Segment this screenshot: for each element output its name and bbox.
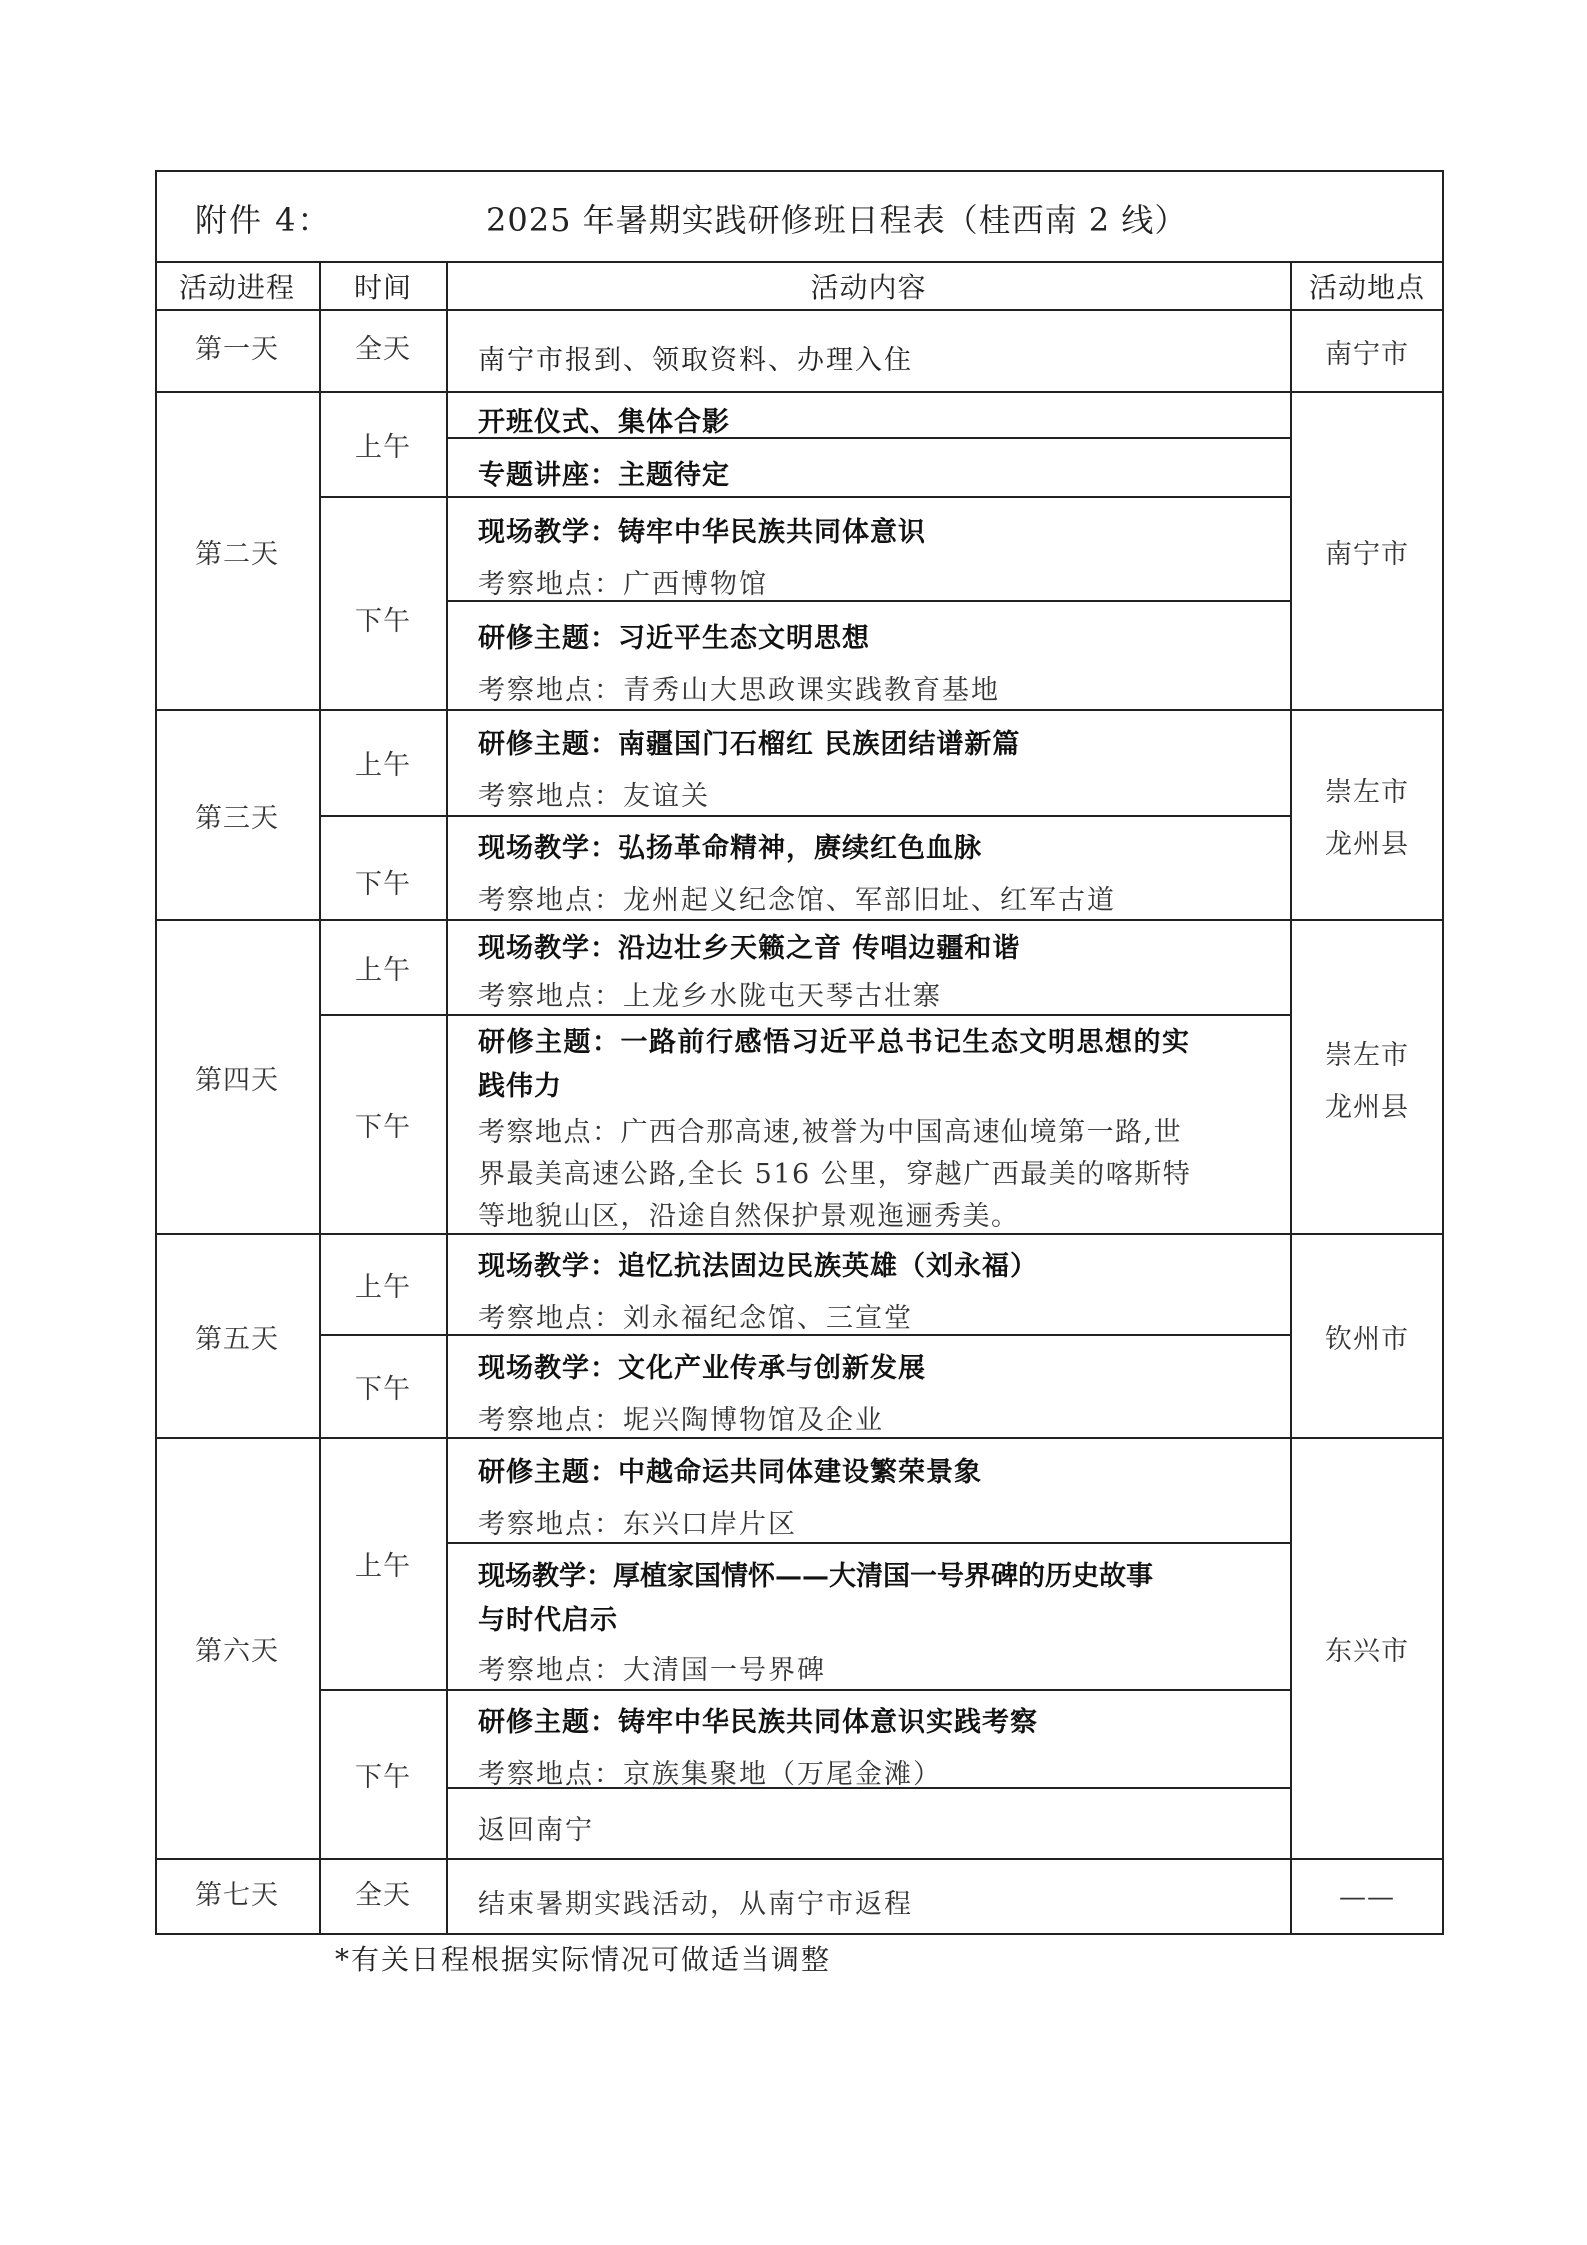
day-label: 第六天 [155,1438,319,1859]
activity-text: 结束暑期实践活动，从南宁市返程 [478,1882,913,1921]
activity-title: 研修主题：习近平生态文明思想 [478,616,870,655]
activity-title: 现场教学：追忆抗法固边民族英雄（刘永福） [478,1244,1038,1283]
location: 钦州市 [1291,1234,1443,1438]
activity-text: 南宁市报到、领取资料、办理入住 [478,338,913,377]
activity-title: 研修主题：中越命运共同体建设繁荣景象 [478,1450,982,1489]
time-slot: 下午 [320,1690,446,1859]
location: 南宁市 [1291,310,1443,392]
activity-site: 考察地点：京族集聚地（万尾金滩） [478,1752,942,1791]
activity-site: 考察地点：龙州起义纪念馆、军部旧址、红军古道 [478,878,1116,917]
day-label: 第二天 [155,392,319,710]
time-slot: 上午 [320,920,446,1014]
time-slot: 下午 [320,1335,446,1438]
activity-title: 现场教学：沿边壮乡天籁之音 传唱边疆和谐 [478,926,1020,965]
footnote: *有关日程根据实际情况可做适当调整 [335,1938,831,1978]
activity-site: 考察地点：大清国一号界碑 [478,1648,826,1687]
divider [319,496,1290,498]
column-header-location: 活动地点 [1291,262,1443,309]
time-slot: 全天 [320,1859,446,1925]
document-page: 附件 4： 2025 年暑期实践研修班日程表（桂西南 2 线） 活动进程 时间 … [0,0,1587,2245]
location: 东兴市 [1291,1438,1443,1859]
activity-site-line: 等地貌山区，沿途自然保护景观迤逦秀美。 [478,1194,1020,1233]
time-slot: 上午 [320,710,446,815]
location-city: 崇左市 [1325,1030,1409,1082]
activity-site-line: 考察地点：广西合那高速,被誉为中国高速仙境第一路,世 [478,1110,1182,1149]
time-slot: 上午 [320,392,446,496]
location: —— [1291,1859,1443,1935]
activity-text: 返回南宁 [478,1808,594,1847]
location-county: 龙州县 [1325,819,1409,871]
day-label: 第三天 [155,710,319,920]
activity-site: 考察地点：友谊关 [478,774,710,813]
divider [319,1689,1290,1691]
activity-title: 现场教学：文化产业传承与创新发展 [478,1346,926,1385]
activity-title: 研修主题：铸牢中华民族共同体意识实践考察 [478,1700,1038,1739]
activity-site: 考察地点：东兴口岸片区 [478,1502,797,1541]
activity-site: 考察地点：青秀山大思政课实践教育基地 [478,668,1000,707]
activity-title: 研修主题：南疆国门石榴红 民族团结谱新篇 [478,722,1020,761]
activity-site: 考察地点：坭兴陶博物馆及企业 [478,1398,884,1437]
day-label: 第七天 [155,1859,319,1925]
time-slot: 下午 [320,1015,446,1233]
column-header-content: 活动内容 [447,262,1290,309]
location-city: 崇左市 [1325,767,1409,819]
divider [446,1542,1290,1544]
activity-title-line: 研修主题：一路前行感悟习近平总书记生态文明思想的实 [478,1020,1191,1059]
column-header-time: 时间 [320,262,446,309]
day-label: 第五天 [155,1234,319,1438]
activity-site-line: 界最美高速公路,全长 516 公里，穿越广西最美的喀斯特 [478,1152,1191,1191]
activity-title: 开班仪式、集体合影 [478,400,730,439]
divider [319,815,1290,817]
time-slot: 下午 [320,497,446,739]
activity-title-line: 与时代启示 [478,1598,618,1637]
day-label: 第四天 [155,920,319,1234]
column-header-progress: 活动进程 [155,262,319,309]
location: 崇左市 龙州县 [1291,764,1443,874]
day-label: 第一天 [155,310,319,382]
divider [319,1014,1290,1016]
activity-site: 考察地点：刘永福纪念馆、三宣堂 [478,1296,913,1335]
location: 南宁市 [1291,392,1443,710]
page-title: 2025 年暑期实践研修班日程表（桂西南 2 线） [486,195,1187,241]
activity-title: 现场教学：铸牢中华民族共同体意识 [478,510,926,549]
activity-title: 现场教学：弘扬革命精神，赓续红色血脉 [478,826,982,865]
activity-title: 专题讲座：主题待定 [478,453,730,492]
divider [446,261,448,1934]
time-slot: 上午 [320,1438,446,1689]
time-slot: 上午 [320,1234,446,1334]
activity-site: 考察地点：广西博物馆 [478,562,768,601]
activity-title-line: 现场教学：厚植家国情怀——大清国一号界碑的历史故事 [478,1554,1153,1593]
location-county: 龙州县 [1325,1082,1409,1134]
attachment-label: 附件 4： [195,195,332,241]
activity-site: 考察地点：上龙乡水陇屯天琴古壮寨 [478,974,942,1013]
time-slot: 全天 [320,310,446,382]
location: 崇左市 龙州县 [1291,1027,1443,1137]
activity-title-line: 践伟力 [478,1064,562,1103]
